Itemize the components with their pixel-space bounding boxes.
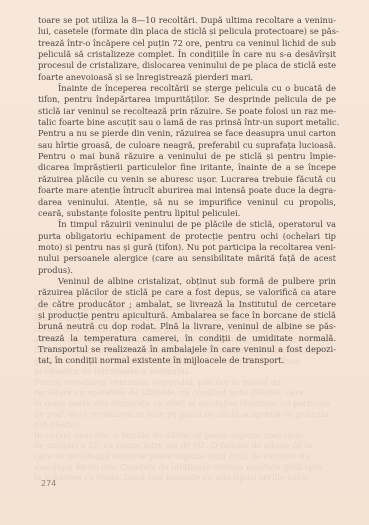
text-line: și producție pentru apicultură. Ambalare… — [38, 310, 336, 321]
text-line: toare se pot utiliza la 8—10 recoltări. … — [38, 15, 336, 26]
showthrough-line: în mare parte sînt elaborate ca efect al… — [34, 398, 334, 409]
page-number: 274 — [41, 479, 56, 488]
text-line: nului persoanele alergice (care au sensi… — [38, 253, 336, 264]
text-line: talic foarte bine ascuțit sau o lamă de … — [38, 117, 336, 128]
text-line: foarte anevoioasă și se înregistrează pi… — [38, 72, 336, 83]
text-line: dicarea împrăștierii particulelor fine i… — [38, 162, 336, 173]
text-line: tifon, pentru îndepărtarea impurităților… — [38, 94, 336, 105]
showthrough-line: la scăderea cu venin. Dacă sînt montate … — [34, 472, 334, 483]
text-line: Transportul se realizează în ambalajele … — [38, 344, 336, 355]
showthrough-line: În cursul unei zile, o familie de albine… — [34, 430, 334, 441]
showthrough-line: produselor de întreținere a veninului. — [34, 366, 334, 377]
showthrough-line: recoltare cu aparatele de albinele, cu c… — [34, 387, 334, 398]
text-line: brună neutră cu dop rodat. Pînă la livra… — [38, 321, 336, 332]
showthrough-line: de praf, etc.) recoltarea se face pe pla… — [34, 409, 334, 420]
showthrough-line: din plastic. — [34, 419, 334, 430]
text-line: Pentru o mai bună răzuire a veninului de… — [38, 151, 336, 162]
text-line: peliculă să cristalizeze complet. În con… — [38, 49, 336, 60]
text-line: lui, casetele (formate din placa de stic… — [38, 26, 336, 37]
showthrough-line: Pentru recoltarea veninului, vaporului, … — [34, 377, 334, 388]
paragraph-start-line: Veninul de albine cristalizat, obținut s… — [38, 276, 336, 287]
text-line: răzuirea plăcilor de sticlă pe care a fo… — [38, 287, 336, 298]
text-line: de către producător ; ambalat, se livrea… — [38, 299, 336, 310]
text-line: moto) și pentru nas și gură (tifon). Nu … — [38, 242, 336, 253]
showthrough-line: de excitări a 20' cu pauze între ele de … — [34, 440, 334, 451]
text-line: Pentru a nu se pierde din venin, răzuire… — [38, 128, 336, 139]
text-line: tat, în condiții normal existente în mij… — [38, 355, 336, 366]
body-text: toare se pot utiliza la 8—10 recoltări. … — [38, 15, 336, 367]
book-page: nului apicol recoltat, veninului este in… — [0, 0, 369, 525]
text-line: sau hîrtie groasă, de culoare neagră, pr… — [38, 140, 336, 151]
text-line: darea veninului. Atenție, să nu se impur… — [38, 197, 336, 208]
text-line: ceară, substanțe folosite pentru lipitul… — [38, 208, 336, 219]
paragraph-start-line: Înainte de începerea recoltării se șterg… — [38, 83, 336, 94]
paragraph-start-line: În timpul răzuirii veninului de pe plăci… — [38, 219, 336, 230]
text-line: trează într-o încăpere cel puțin 72 ore,… — [38, 38, 336, 49]
text-line: foarte mare atenție întrucît aburirea ma… — [38, 185, 336, 196]
showthrough-line: care se recoltează venin se poate supune… — [34, 451, 334, 462]
text-line: purta obligatoriu echipament de protecți… — [38, 231, 336, 242]
text-line: procesul de cristalizare, dislocarea ven… — [38, 60, 336, 71]
text-line: sticlă iar veninul se recoltează prin ră… — [38, 106, 336, 117]
showthrough-line: mai după 48-60 ore. Casetele de înfățișa… — [34, 462, 334, 473]
text-line: produs). — [38, 265, 336, 276]
text-line: trează la temperatura camerei, în condiț… — [38, 333, 336, 344]
text-line: răzuirea plăcile cu venin se aburesc ușo… — [38, 174, 336, 185]
